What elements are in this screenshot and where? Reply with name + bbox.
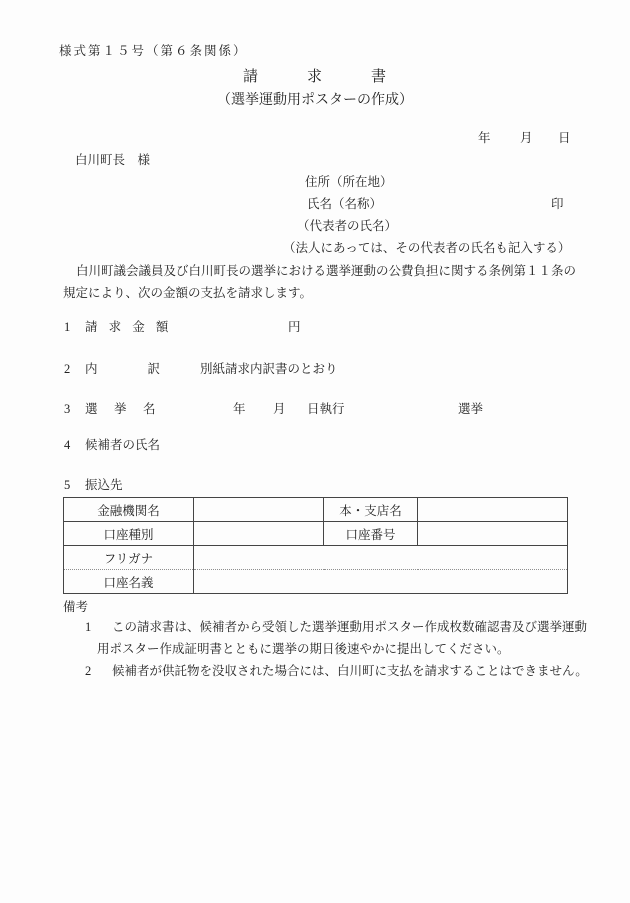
table-row: 金融機関名 本・支店名 xyxy=(64,498,568,522)
document-title: 請 求 書 xyxy=(0,68,630,87)
table-row: 口座種別 口座番号 xyxy=(64,522,568,546)
addressee: 白川町長 様 xyxy=(75,153,150,168)
item-1-label: 請 求 金 額 xyxy=(85,320,172,335)
sender-name-label: 氏名（名称） xyxy=(307,197,382,212)
branch-value-cell xyxy=(418,498,568,522)
item-3-election-suffix: 選挙 xyxy=(458,402,483,417)
intro-line-2: 規定により、次の金額の支払を請求します。 xyxy=(63,286,312,301)
bank-transfer-table: 金融機関名 本・支店名 口座種別 口座番号 フリガナ 口座名義 xyxy=(63,497,568,594)
date-day-label: 日 xyxy=(558,131,571,146)
account-holder-value-cell xyxy=(194,570,568,594)
account-number-label-cell: 口座番号 xyxy=(324,522,418,546)
furigana-label-cell: フリガナ xyxy=(64,546,194,570)
table-row: 口座名義 xyxy=(64,570,568,594)
item-2-value: 別紙請求内訳書のとおり xyxy=(200,362,338,377)
item-3-year-label: 年 xyxy=(233,402,246,417)
corporation-note: （法人にあっては、その代表者の氏名も記入する） xyxy=(283,241,570,256)
date-month-label: 月 xyxy=(520,131,533,146)
seal-mark: 印 xyxy=(551,197,564,212)
remark-1-line-2: 用ポスター作成証明書とともに選挙の期日後速やかに提出してください。 xyxy=(97,642,510,657)
table-row: フリガナ xyxy=(64,546,568,570)
document-page: 様式第１５号（第６条関係） 請 求 書 （選挙運動用ポスターの作成） 年 月 日… xyxy=(0,0,630,903)
item-5-number: 5 xyxy=(64,478,70,493)
item-1-unit: 円 xyxy=(288,320,301,335)
branch-label-cell: 本・支店名 xyxy=(324,498,418,522)
financial-institution-value-cell xyxy=(194,498,324,522)
document-subtitle: （選挙運動用ポスターの作成） xyxy=(0,92,630,109)
item-4-number: 4 xyxy=(64,438,70,453)
item-4-label: 候補者の氏名 xyxy=(85,438,160,453)
item-2-label: 内 訳 xyxy=(85,362,160,377)
form-number: 様式第１５号（第６条関係） xyxy=(59,44,248,59)
remark-1-line-1: この請求書は、候補者から受領した選挙運動用ポスター作成枚数確認書及び選挙運動 xyxy=(112,620,587,635)
remark-2-number: 2 xyxy=(85,664,91,679)
item-3-label: 選 挙 名 xyxy=(85,402,158,417)
financial-institution-label-cell: 金融機関名 xyxy=(64,498,194,522)
item-5-label: 振込先 xyxy=(85,478,123,493)
sender-representative-label: （代表者の氏名） xyxy=(297,219,397,234)
account-number-value-cell xyxy=(418,522,568,546)
item-3-month-label: 月 xyxy=(273,402,286,417)
item-1-number: 1 xyxy=(64,320,70,335)
date-year-label: 年 xyxy=(478,131,491,146)
furigana-value-cell xyxy=(194,546,568,570)
account-type-value-cell xyxy=(194,522,324,546)
sender-address-label: 住所（所在地） xyxy=(305,175,393,190)
account-type-label-cell: 口座種別 xyxy=(64,522,194,546)
account-holder-label-cell: 口座名義 xyxy=(64,570,194,594)
remarks-heading: 備考 xyxy=(63,600,88,615)
remark-2-text: 候補者が供託物を没収された場合には、白川町に支払を請求することはできません。 xyxy=(112,664,588,679)
item-3-number: 3 xyxy=(64,402,70,417)
intro-line-1: 白川町議会議員及び白川町長の選挙における選挙運動の公費負担に関する条例第１１条の xyxy=(76,264,576,279)
item-3-day-executed-label: 日執行 xyxy=(307,402,345,417)
remark-1-number: 1 xyxy=(85,620,91,635)
item-2-number: 2 xyxy=(64,362,70,377)
